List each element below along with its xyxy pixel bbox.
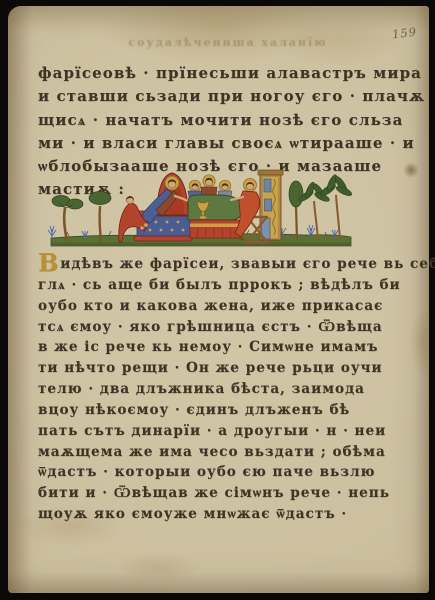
tree-icon	[289, 181, 303, 240]
tree-icon	[52, 196, 83, 243]
text-line: щисѧ · начатъ мочити нозѣ єго сльза	[38, 109, 425, 132]
text-line: тсѧ ємоу · яко грѣшница єстъ · Ѿвѣща	[38, 317, 435, 338]
sigma-table	[188, 195, 242, 238]
text-line: бити и · Ѿвѣщав же сімѡнъ рече · непь	[38, 483, 435, 504]
text-line: щоуѫ яко ємоуже мнѡжає ѿдастъ ·	[38, 504, 435, 525]
photo-background: соудалѣченнша халанїю 159 фарїсеовѣ · пр…	[0, 0, 435, 600]
miniature-illustration	[45, 168, 375, 250]
ground-shadow	[51, 243, 351, 247]
parchment-page: соудалѣченнша халанїю 159 фарїсеовѣ · пр…	[8, 6, 429, 593]
text-line-with-initial: Видѣвъ же фарїсеи, звавыи єго рече вь се…	[38, 253, 435, 275]
text-line: идѣвъ же фарїсеи, звавыи єго рече вь себ…	[60, 256, 435, 272]
text-line: оубо кто и какова жена, иже прикасає	[38, 296, 435, 317]
tree-icon	[89, 192, 111, 243]
folio-number: 159	[391, 25, 417, 42]
text-line: вцоу нѣкоємоу · єдинъ длъженъ бѣ	[38, 400, 435, 421]
text-line: ти нѣчто рещи · Он же рече рьци оучи	[38, 358, 435, 379]
text-line: в же іс рече кь немоу · Симѡне имамъ	[38, 337, 435, 358]
text-line: маѫщема же има чесо вьздати ; обѣма	[38, 442, 435, 463]
tower	[258, 170, 283, 240]
text-line: телю · два длъжника бѣста, заимода	[38, 379, 435, 400]
text-line: и ставши сьзади при ногоу єго · плачѫ	[38, 85, 425, 108]
palm-tree-icon	[319, 173, 353, 240]
haloed-guests	[188, 175, 232, 197]
lower-text-block: Видѣвъ же фарїсеи, звавыи єго рече вь се…	[38, 253, 435, 525]
illuminated-initial: В	[38, 253, 58, 274]
text-line: фарїсеовѣ · прїнесьши алавастръ мира	[38, 62, 425, 85]
text-line: пать сътъ динарїи · а дроугыи · н · неи	[38, 421, 435, 442]
text-line: ми · и власи главы своєѧ ѡтирааше · и	[38, 132, 425, 155]
text-line: глѧ · сь аще би былъ пррокъ ; вѣдѣлъ би	[38, 275, 435, 296]
text-line: ѿдастъ · которыи оубо єю паче вьзлю	[38, 462, 435, 483]
running-title: соудалѣченнша халанїю	[118, 36, 338, 49]
